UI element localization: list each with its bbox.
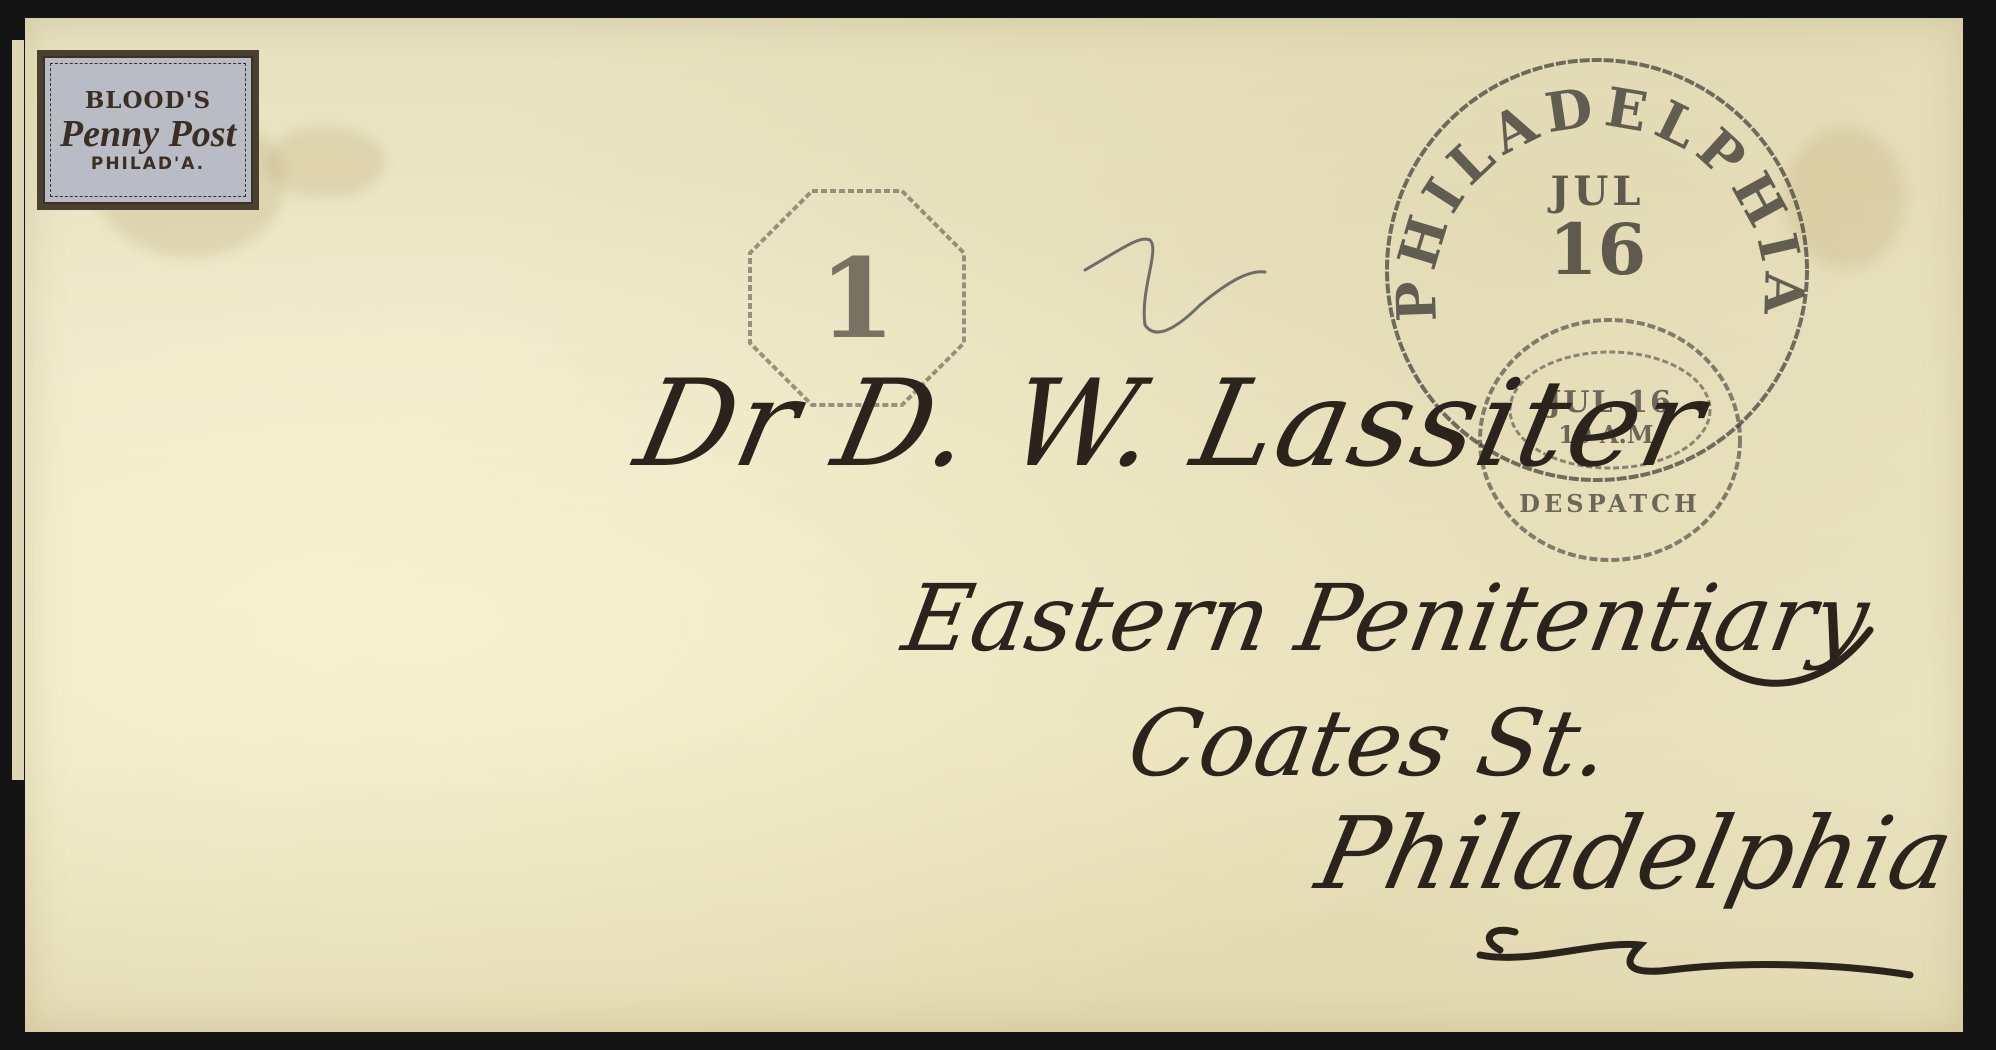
stamp-line-1: BLOOD'S [85,87,211,114]
folded-edge [12,40,24,780]
toning-stain [265,128,385,198]
postmark-day: 16 [1375,215,1820,285]
address-line-3: Coates St. [1121,690,1618,797]
address-line-1: Dr D. W. Lassiter [625,355,1717,494]
bloods-penny-post-stamp: BLOOD'S Penny Post PHILAD'A. [37,50,259,210]
ink-flourish [1690,620,1890,720]
stamp-line-3: PHILAD'A. [91,154,205,174]
pencil-notation-mark [1080,230,1280,350]
stamp-line-2: Penny Post [60,114,236,154]
address-line-4: Philadelphia [1308,795,1963,912]
underline-flourish [1470,920,1930,1000]
